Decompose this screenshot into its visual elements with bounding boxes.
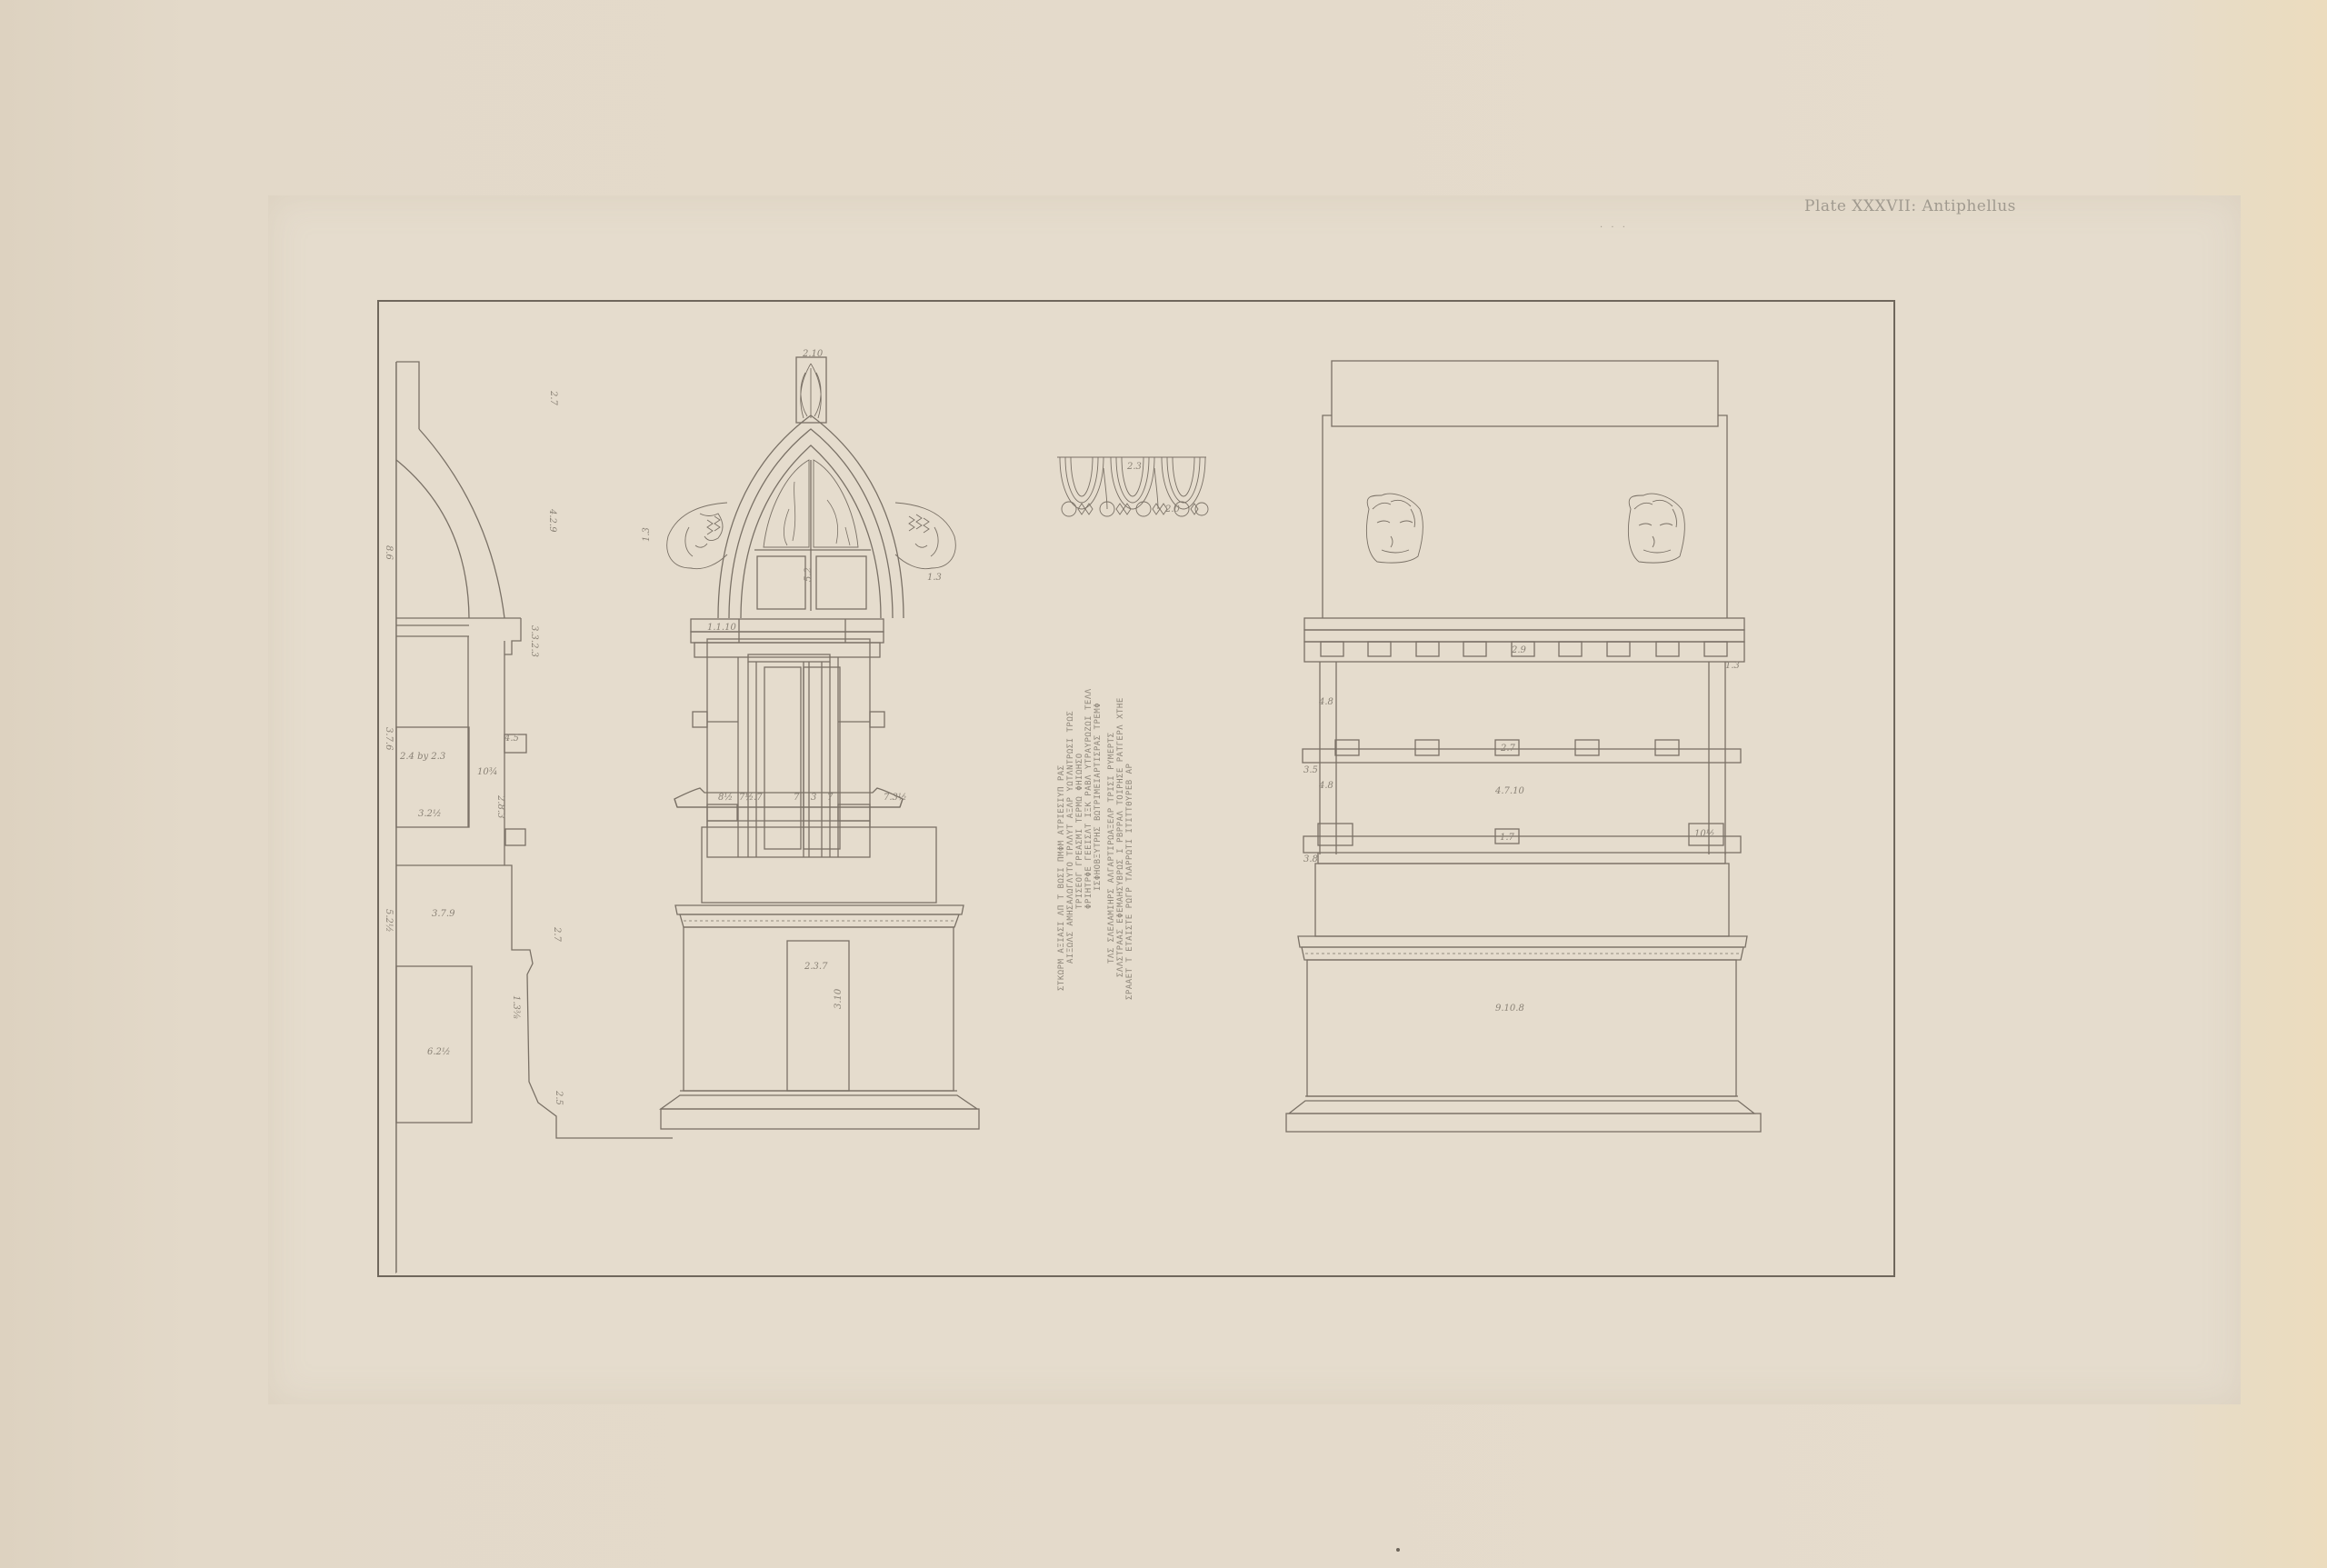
svg-text:3.7.9: 3.7.9 <box>432 909 455 919</box>
side-elevation-drawing: 2.9 1.3 4.8 3.5 2.7 4.7.10 4.8 3.8 1.7 1… <box>1286 361 1761 1132</box>
svg-text:7: 7 <box>827 793 834 803</box>
svg-text:3.10: 3.10 <box>834 988 844 1009</box>
svg-text:ΣΡΑΑΕΤ Τ ΕΤΑΙΣΤΕ ΡΩΓΡ ΤΛΑΡΡΩΤΙ: ΣΡΑΑΕΤ Τ ΕΤΑΙΣΤΕ ΡΩΓΡ ΤΛΑΡΡΩΤΙ ΙΤΙΤΤΘΥΡΕ… <box>1125 764 1134 1000</box>
svg-text:8½: 8½ <box>718 793 733 803</box>
svg-text:ΙΣΦΗΟΒΞΥΤΡΗΣ ΒΩΤΡΙΜΕΙΑΡΤΙΣΡΑΣ: ΙΣΦΗΟΒΞΥΤΡΗΣ ΒΩΤΡΙΜΕΙΑΡΤΙΣΡΑΣ ΤΡΕΜΦ <box>1094 703 1103 891</box>
svg-text:4.5: 4.5 <box>504 734 519 744</box>
front-elevation-drawing: 2.10 1.3 1.3 5.2 1.1.10 8½ 7½.7 7 3 7 7.… <box>642 349 979 1129</box>
svg-text:ΦΡΙΗΤΡΦΕ ΓΕΕΙΣΛΤ ΙΞΚ ΡΑΒΛ ΥΤΡΑ: ΦΡΙΗΤΡΦΕ ΓΕΕΙΣΛΤ ΙΞΚ ΡΑΒΛ ΥΤΡΑΥΡΩΖΩΙ ΤΕΛ… <box>1084 688 1094 909</box>
svg-text:1.1.10: 1.1.10 <box>707 623 736 633</box>
svg-text:7.3½: 7.3½ <box>884 793 907 803</box>
svg-text:10¾: 10¾ <box>477 767 497 777</box>
svg-text:2.3: 2.3 <box>1126 462 1142 472</box>
svg-text:ΤΛΣ ΣΛΕΛΑΜΙΗΡΣ ΑΛΓΑΡΤΙΡΩΑΞΕΛΡ: ΤΛΣ ΣΛΕΛΑΜΙΗΡΣ ΑΛΓΑΡΤΙΡΩΑΞΕΛΡ ΤΡΙΣΙ ΡΥΜΕ… <box>1107 733 1116 964</box>
svg-text:8.6: 8.6 <box>384 545 394 561</box>
svg-text:2.3.7: 2.3.7 <box>804 962 828 972</box>
svg-text:3.8: 3.8 <box>1303 854 1318 864</box>
svg-text:4.7.10: 4.7.10 <box>1494 786 1524 796</box>
svg-text:1.3: 1.3 <box>1725 661 1740 671</box>
svg-text:2.10: 2.10 <box>802 349 824 359</box>
svg-text:ΑΙΞΩΛΣ ΑΜΗΣΑΛΩΓΛΥΤΟ ΤΡΛΛΥΤ ΑΞΛ: ΑΙΞΩΛΣ ΑΜΗΣΑΛΩΓΛΥΤΟ ΤΡΛΛΥΤ ΑΞΛΡ ΥΩΤΛΝΤΡΩ… <box>1066 711 1075 964</box>
svg-text:2.4 by 2.3: 2.4 by 2.3 <box>399 752 445 762</box>
svg-text:9.10.8: 9.10.8 <box>1495 1004 1524 1014</box>
svg-text:2.7: 2.7 <box>552 926 562 943</box>
svg-text:3.3.2.3: 3.3.2.3 <box>529 625 539 657</box>
svg-text:ΤΡΙΣΕΟΓ ΓΡΕΑΣΜΙ ΤΕΡΜΩ ΦΗΙΩΗΣΟ: ΤΡΙΣΕΟΓ ΓΡΕΑΣΜΙ ΤΕΡΜΩ ΦΗΙΩΗΣΟ <box>1075 753 1084 909</box>
svg-text:4.2.9: 4.2.9 <box>547 508 557 533</box>
svg-text:3.2½: 3.2½ <box>418 809 442 819</box>
lion-right <box>895 503 955 569</box>
svg-text:2.0: 2.0 <box>1164 504 1181 514</box>
svg-text:ΣΤΚΩΡΜ ΑΞΙΑΣΙ ΛΠ Τ ΒΩΣΙ ΠΜΦΜ Α: ΣΤΚΩΡΜ ΑΞΙΑΣΙ ΛΠ Τ ΒΩΣΙ ΠΜΦΜ ΑΤΡΙΕΣΙΥΠ Ρ… <box>1057 764 1066 991</box>
svg-text:5.2½: 5.2½ <box>384 909 394 933</box>
moulding-detail: 2.3 2.0 <box>1057 457 1208 516</box>
svg-text:2.8.3: 2.8.3 <box>495 794 505 818</box>
svg-text:2.5: 2.5 <box>554 1090 564 1105</box>
svg-text:3.5: 3.5 <box>1303 765 1318 775</box>
lion-mask-left <box>1366 494 1423 563</box>
svg-text:7½.7: 7½.7 <box>739 793 763 803</box>
architectural-drawing: 2.7 4.2.9 3.3.2.3 2.4 by 2.3 3.2½ 10¾ 2.… <box>0 0 2327 1568</box>
svg-text:2.7: 2.7 <box>1500 744 1516 754</box>
svg-text:1.3: 1.3 <box>642 527 652 542</box>
svg-text:6.2½: 6.2½ <box>427 1047 451 1057</box>
lion-mask-right <box>1628 494 1684 563</box>
svg-text:4.8: 4.8 <box>1318 781 1333 791</box>
svg-text:1.7: 1.7 <box>1500 833 1515 843</box>
svg-text:4.8: 4.8 <box>1318 697 1333 707</box>
greek-inscription: ΣΤΚΩΡΜ ΑΞΙΑΣΙ ΛΠ Τ ΒΩΣΙ ΠΜΦΜ ΑΤΡΙΕΣΙΥΠ Ρ… <box>1057 688 1134 1000</box>
svg-text:10½: 10½ <box>1694 829 1714 839</box>
svg-text:3: 3 <box>811 793 816 803</box>
svg-text:3.7.6: 3.7.6 <box>384 727 394 751</box>
stray-ink-dot <box>1396 1548 1400 1552</box>
svg-text:2.9: 2.9 <box>1511 645 1527 655</box>
svg-text:5.2: 5.2 <box>804 567 814 582</box>
svg-text:7: 7 <box>794 793 800 803</box>
section-drawing: 2.7 4.2.9 3.3.2.3 2.4 by 2.3 3.2½ 10¾ 2.… <box>384 362 673 1273</box>
svg-text:1.3: 1.3 <box>927 573 942 583</box>
svg-text:2.7: 2.7 <box>548 390 558 406</box>
lion-left <box>667 503 727 569</box>
svg-text:ΣΛΛΣΤΡΑΑΣ ΕΦΕΜΑΗΣΥΒΡΩΣ Ι ΡΒΡΡΑ: ΣΛΛΣΤΡΑΑΣ ΕΦΕΜΑΗΣΥΒΡΩΣ Ι ΡΒΡΡΑΛ ΤΟΙΡΗΣΕ … <box>1116 697 1125 977</box>
svg-text:1.3⅜: 1.3⅜ <box>511 995 521 1019</box>
